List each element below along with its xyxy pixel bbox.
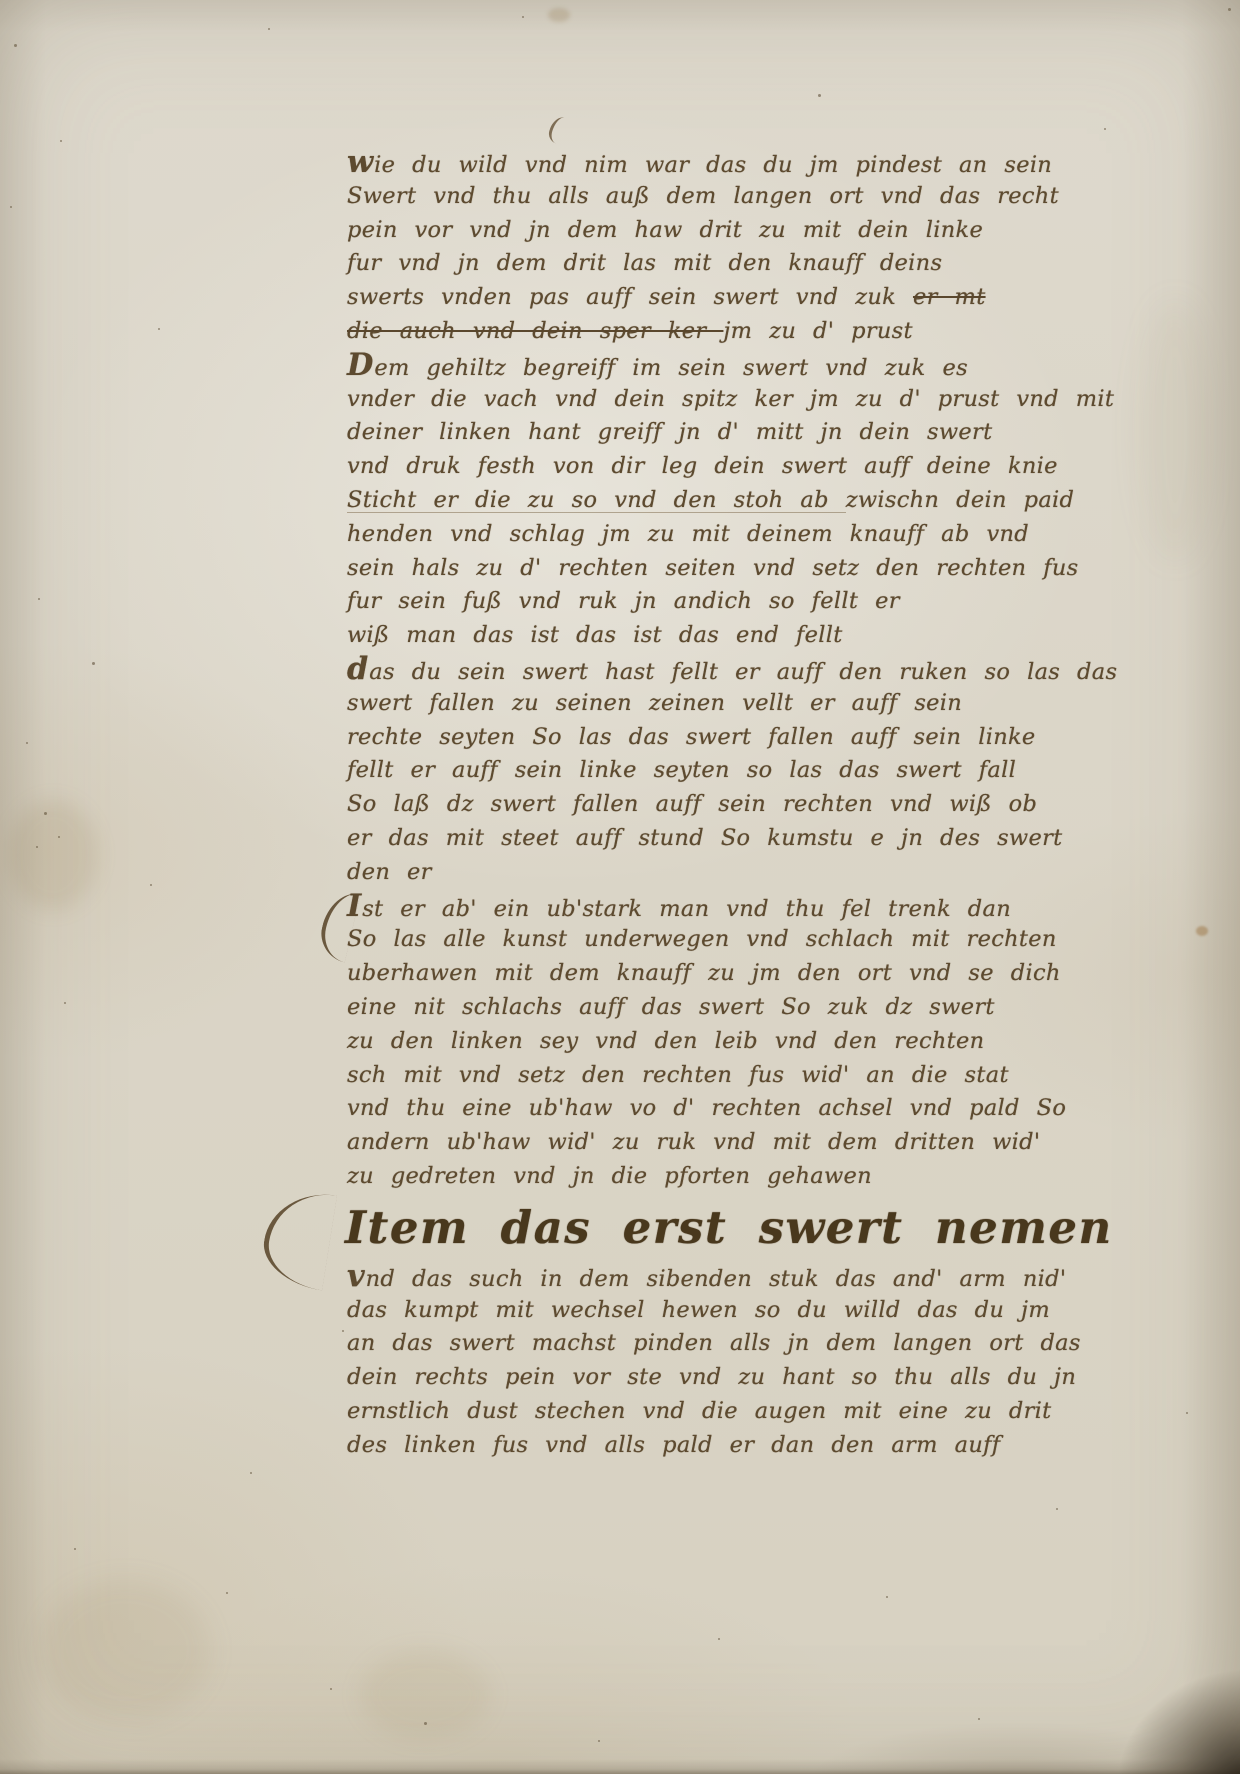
age-speck — [886, 1596, 888, 1598]
paragraph: das du sein swert hast fellt er auff den… — [347, 653, 1047, 890]
manuscript-line: sein hals zu d' rechten seiten vnd setz … — [347, 552, 1047, 586]
age-speck — [424, 1722, 427, 1725]
manuscript-line: dein rechts pein vor ste vnd zu hant so … — [347, 1361, 1047, 1395]
manuscript-line: Sticht er die zu so vnd den stoh ab zwis… — [347, 484, 1047, 518]
text-segment: sein hals zu d' rechten seiten vnd setz … — [347, 555, 1079, 581]
text-segment: fur vnd jn dem drit las mit den knauff d… — [347, 250, 942, 276]
paragraph: vnd das such in dem sibenden stuk das an… — [347, 1260, 1047, 1463]
text-segment: dein rechts pein vor ste vnd zu hant so … — [347, 1364, 1076, 1390]
text-segment: andern ub'haw wid' zu ruk vnd mit dem dr… — [347, 1129, 1040, 1155]
struck-text: er mt — [913, 284, 986, 310]
paragraph: Ist er ab' ein ub'stark man vnd thu fel … — [347, 890, 1047, 1194]
manuscript-line: vnd druk festh von dir leg dein swert au… — [347, 450, 1047, 484]
manuscript-line: ernstlich dust stechen vnd die augen mit… — [347, 1395, 1047, 1429]
manuscript-line: zu gedreten vnd jn die pforten gehawen — [347, 1160, 1047, 1194]
manuscript-line: Ist er ab' ein ub'stark man vnd thu fel … — [347, 890, 1047, 924]
text-segment: henden vnd schlag jm zu mit deinem knauf… — [347, 521, 1029, 547]
section-heading-text: Item das erst swert nemen — [345, 1201, 1113, 1254]
text-segment: des linken fus vnd alls pald er dan den … — [347, 1432, 1000, 1458]
age-speck — [330, 1688, 332, 1690]
text-segment: wiß man das ist das ist das end fellt — [347, 622, 843, 648]
text-segment: zwischn dein paid — [846, 487, 1075, 513]
age-speck — [14, 44, 17, 47]
text-segment: zu den linken sey vnd den leib vnd den r… — [347, 1028, 984, 1054]
text-segment: zu gedreten vnd jn die pforten gehawen — [347, 1163, 872, 1189]
manuscript-text: wie du wild vnd nim war das du jm pindes… — [347, 146, 1047, 1462]
text-segment: vnd das such in dem sibenden stuk das an… — [347, 1266, 1066, 1292]
age-speck — [58, 836, 60, 838]
age-speck — [1228, 8, 1231, 11]
age-speck — [60, 140, 62, 142]
pen-mark — [546, 115, 567, 145]
manuscript-line: pein vor vnd jn dem haw drit zu mit dein… — [347, 214, 1047, 248]
age-speck — [978, 1718, 980, 1720]
text-segment: er das mit steet auff stund So kumstu e … — [347, 825, 1063, 851]
manuscript-line: swert fallen zu seinen zeinen vellt er a… — [347, 687, 1047, 721]
age-speck — [44, 812, 47, 815]
text-segment: an das swert machst pinden alls jn dem l… — [347, 1330, 1081, 1356]
stain — [360, 1650, 490, 1740]
manuscript-line: fur vnd jn dem drit las mit den knauff d… — [347, 247, 1047, 281]
manuscript-line: sch mit vnd setz den rechten fus wid' an… — [347, 1059, 1047, 1093]
text-segment: jm zu d' prust — [723, 318, 913, 344]
manuscript-line: des linken fus vnd alls pald er dan den … — [347, 1429, 1047, 1463]
manuscript-line: vnder die vach vnd dein spitz ker jm zu … — [347, 383, 1047, 417]
text-segment: vnd druk festh von dir leg dein swert au… — [347, 453, 1058, 479]
text-segment: rechte seyten So las das swert fallen au… — [347, 724, 1036, 750]
age-speck — [74, 1548, 76, 1550]
age-speck — [818, 94, 821, 97]
text-segment: das du sein swert hast fellt er auff den… — [347, 659, 1117, 685]
text-segment: uberhawen mit dem knauff zu jm den ort v… — [347, 960, 1061, 986]
age-speck — [26, 742, 28, 744]
text-segment: Ist er ab' ein ub'stark man vnd thu fel … — [347, 896, 1011, 922]
age-speck — [598, 1740, 600, 1742]
manuscript-line: Dem gehiltz begreiff im sein swert vnd z… — [347, 349, 1047, 383]
manuscript-line: die auch vnd dein sper ker jm zu d' prus… — [347, 315, 1047, 349]
age-speck — [92, 662, 95, 665]
age-speck — [158, 328, 160, 330]
text-segment: fellt er auff sein linke seyten so las d… — [347, 757, 1016, 783]
age-speck — [150, 884, 152, 886]
age-speck — [1056, 1508, 1058, 1510]
age-speck — [64, 1002, 66, 1004]
age-speck — [226, 1592, 228, 1594]
manuscript-line: Swert vnd thu alls auß dem langen ort vn… — [347, 180, 1047, 214]
manuscript-line: vnd das such in dem sibenden stuk das an… — [347, 1260, 1047, 1294]
age-speck — [36, 846, 38, 848]
manuscript-line: wiß man das ist das ist das end fellt — [347, 619, 1047, 653]
manuscript-line: eine nit schlachs auff das swert So zuk … — [347, 991, 1047, 1025]
stain — [1140, 300, 1210, 560]
text-segment: deiner linken hant greiff jn d' mitt jn … — [347, 419, 992, 445]
paragraph: Dem gehiltz begreiff im sein swert vnd z… — [347, 349, 1047, 653]
heading-flourish — [258, 1185, 337, 1290]
paragraph: wie du wild vnd nim war das du jm pindes… — [347, 146, 1047, 349]
manuscript-line: So laß dz swert fallen auff sein rechten… — [347, 788, 1047, 822]
manuscript-line: So las alle kunst underwegen vnd schlach… — [347, 923, 1047, 957]
stain — [8, 800, 98, 910]
age-speck — [1186, 1412, 1188, 1414]
age-speck — [342, 1330, 344, 1332]
text-segment: swert fallen zu seinen zeinen vellt er a… — [347, 690, 962, 716]
text-segment: vnder die vach vnd dein spitz ker jm zu … — [347, 386, 1114, 412]
section-heading: Item das erst swert nemen — [345, 1198, 1047, 1258]
stain — [548, 8, 570, 22]
text-segment: den er — [347, 859, 432, 885]
age-speck — [268, 28, 270, 30]
text-segment: So laß dz swert fallen auff sein rechten… — [347, 791, 1037, 817]
manuscript-line: zu den linken sey vnd den leib vnd den r… — [347, 1025, 1047, 1059]
text-segment: pein vor vnd jn dem haw drit zu mit dein… — [347, 217, 983, 243]
text-segment: So las alle kunst underwegen vnd schlach… — [347, 926, 1057, 952]
text-segment: eine nit schlachs auff das swert So zuk … — [347, 994, 995, 1020]
manuscript-line: uberhawen mit dem knauff zu jm den ort v… — [347, 957, 1047, 991]
manuscript-line: rechte seyten So las das swert fallen au… — [347, 721, 1047, 755]
stain — [1196, 926, 1208, 936]
text-segment: Swert vnd thu alls auß dem langen ort vn… — [347, 183, 1059, 209]
struck-text: die auch vnd dein sper ker — [347, 318, 723, 344]
stain — [40, 1580, 210, 1720]
manuscript-line: fur sein fuß vnd ruk jn andich so fellt … — [347, 585, 1047, 619]
text-segment: sch mit vnd setz den rechten fus wid' an… — [347, 1062, 1009, 1088]
manuscript-line: andern ub'haw wid' zu ruk vnd mit dem dr… — [347, 1126, 1047, 1160]
manuscript-page: wie du wild vnd nim war das du jm pindes… — [0, 0, 1240, 1774]
age-speck — [522, 16, 524, 18]
text-segment: das kumpt mit wechsel hewen so du willd … — [347, 1297, 1050, 1323]
manuscript-line: vnd thu eine ub'haw vo d' rechten achsel… — [347, 1092, 1047, 1126]
text-segment: fur sein fuß vnd ruk jn andich so fellt … — [347, 588, 900, 614]
manuscript-line: das kumpt mit wechsel hewen so du willd … — [347, 1294, 1047, 1328]
text-segment: ernstlich dust stechen vnd die augen mit… — [347, 1398, 1052, 1424]
text-segment: swerts vnden pas auff sein swert vnd zuk — [347, 284, 913, 310]
manuscript-line: er das mit steet auff stund So kumstu e … — [347, 822, 1047, 856]
age-speck — [38, 598, 40, 600]
text-segment: wie du wild vnd nim war das du jm pindes… — [347, 152, 1052, 178]
age-speck — [718, 1638, 720, 1640]
manuscript-line: das du sein swert hast fellt er auff den… — [347, 653, 1047, 687]
age-speck — [1104, 128, 1106, 130]
manuscript-line: fellt er auff sein linke seyten so las d… — [347, 754, 1047, 788]
text-segment: Dem gehiltz begreiff im sein swert vnd z… — [347, 355, 968, 381]
manuscript-line: an das swert machst pinden alls jn dem l… — [347, 1327, 1047, 1361]
age-speck — [250, 1472, 252, 1474]
manuscript-line: swerts vnden pas auff sein swert vnd zuk… — [347, 281, 1047, 315]
manuscript-line: henden vnd schlag jm zu mit deinem knauf… — [347, 518, 1047, 552]
manuscript-line: wie du wild vnd nim war das du jm pindes… — [347, 146, 1047, 180]
text-segment: Sticht er die zu so vnd den stoh ab — [347, 487, 846, 513]
manuscript-line: den er — [347, 856, 1047, 890]
age-speck — [10, 206, 12, 208]
text-segment: vnd thu eine ub'haw vo d' rechten achsel… — [347, 1095, 1066, 1121]
manuscript-line: deiner linken hant greiff jn d' mitt jn … — [347, 416, 1047, 450]
